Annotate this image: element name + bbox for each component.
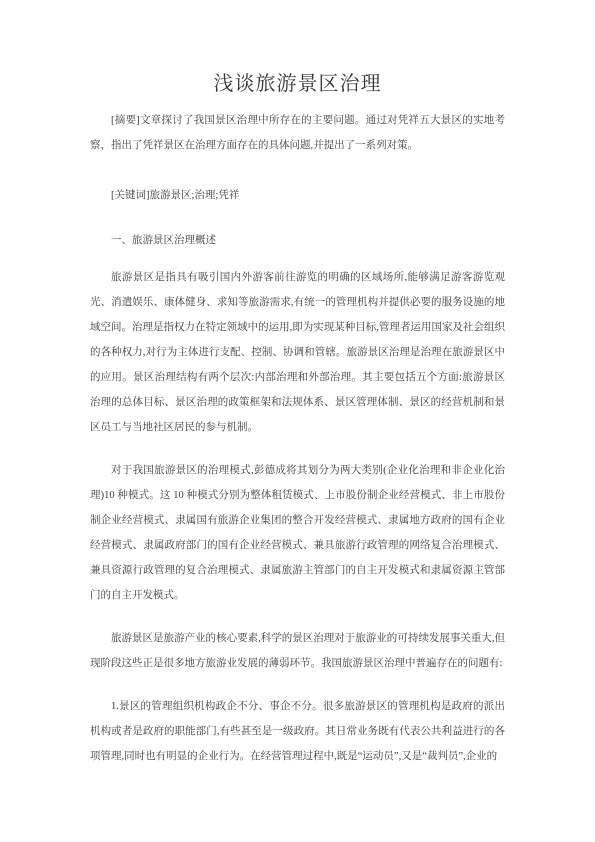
body-paragraph-2: 对于我国旅游景区的治理模式,彭德成将其划分为两大类别(企业化治理和非企业化治理)…: [90, 458, 505, 608]
document-page: 浅谈旅游景区治理 [摘要]文章探讨了我国景区治理中所存在的主要问题。通过对凭祥五…: [0, 0, 595, 842]
document-title: 浅谈旅游景区治理: [90, 0, 505, 98]
keywords-line: [关键词]旅游景区;治理;凭祥: [90, 183, 505, 208]
abstract-paragraph: [摘要]文章探讨了我国景区治理中所存在的主要问题。通过对凭祥五大景区的实地考察，…: [90, 108, 505, 158]
body-paragraph-1: 旅游景区是指具有吸引国内外游客前往游览的明确的区域场所,能够满足游客游览观光、消…: [90, 265, 505, 440]
body-paragraph-3: 旅游景区是旅游产业的核心要素,科学的景区治理对于旅游业的可持续发展事关重大,但现…: [90, 626, 505, 676]
section-heading-1: 一、旅游景区治理概述: [90, 228, 505, 253]
body-paragraph-4-truncated: 1.景区的管理组织机构政企不分、事企不分。很多旅游景区的管理机构是政府的派出机构…: [90, 694, 505, 769]
